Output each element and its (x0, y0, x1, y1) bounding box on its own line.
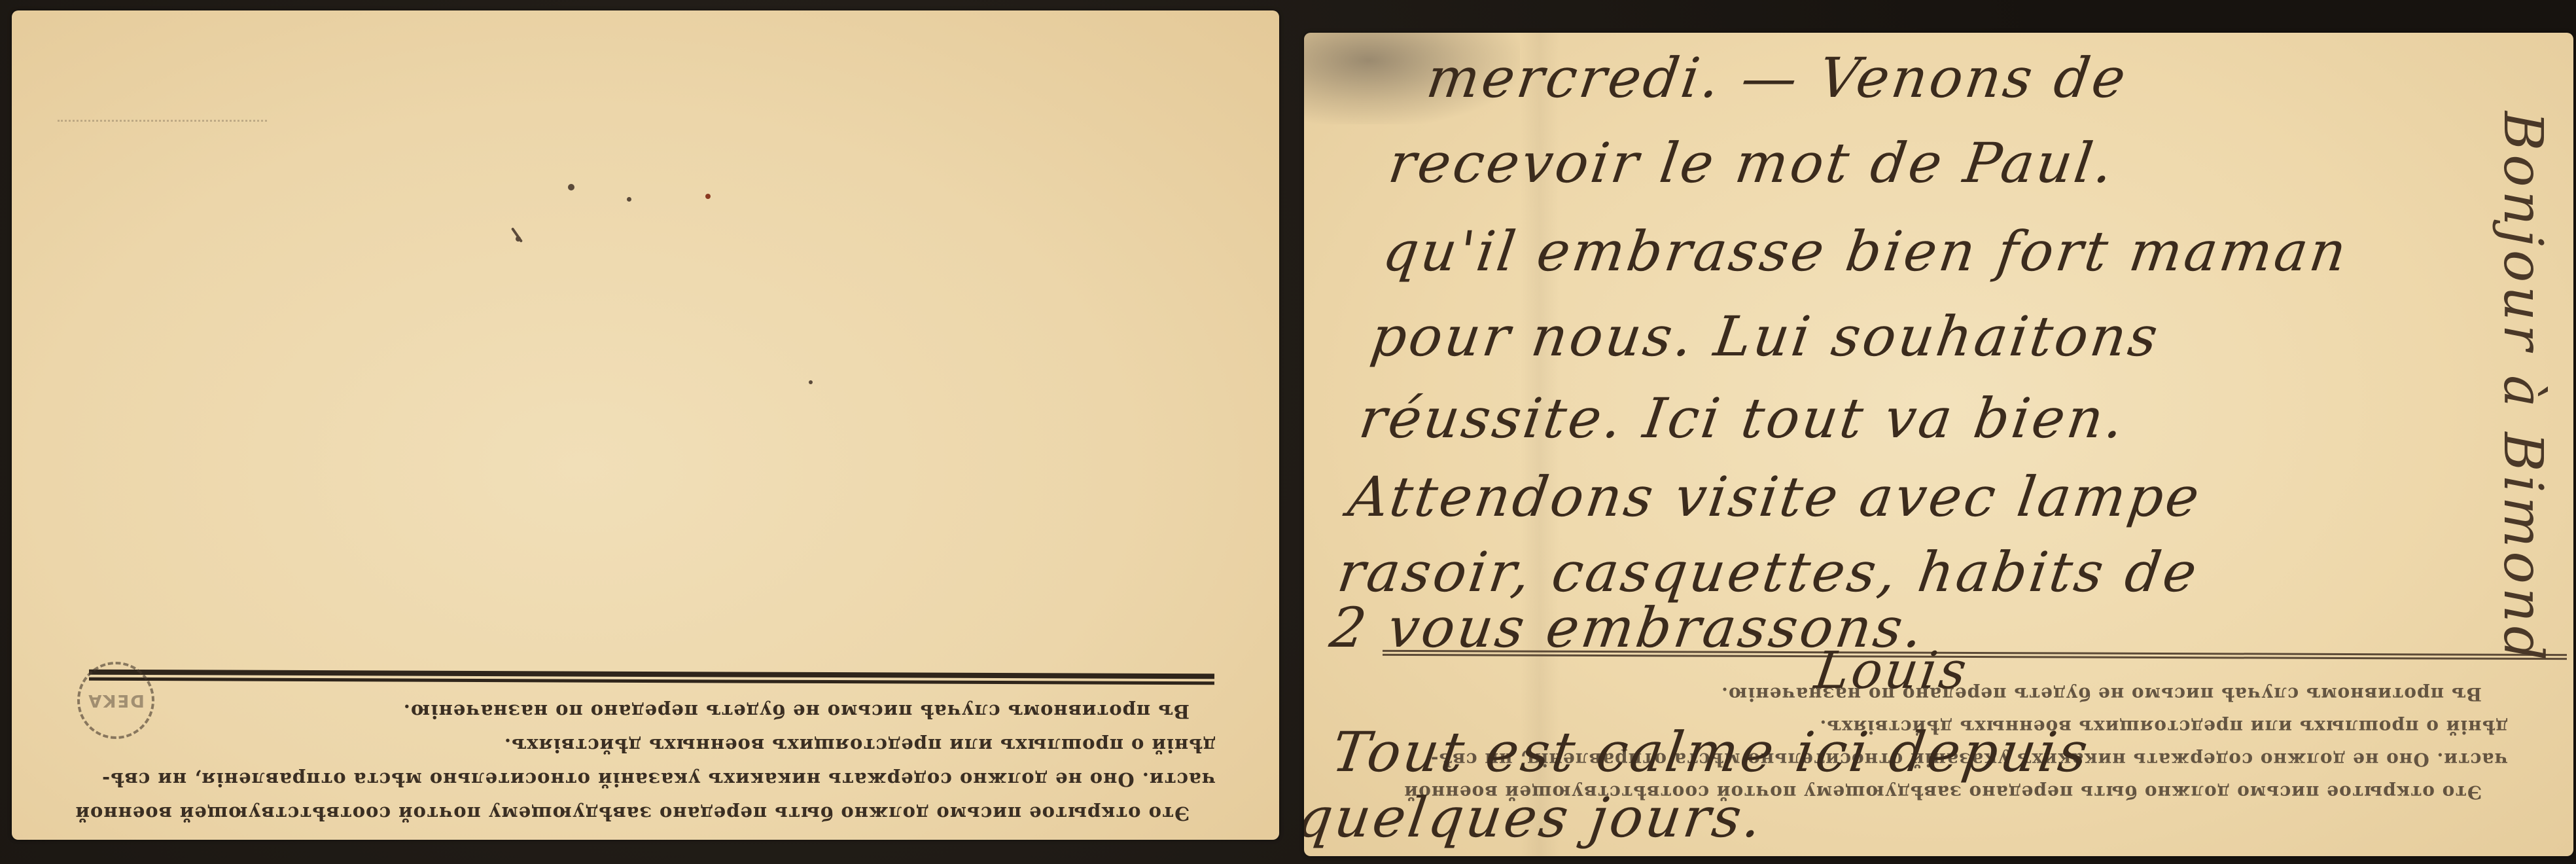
handwriting-line: Attendons visite avec lampe (1345, 465, 2206, 529)
handwriting-line: qu'il embrasse bien fort maman (1379, 219, 2353, 283)
handwriting-line: recevoir le mot de Paul. (1385, 131, 2120, 195)
handwriting-line: pour nous. Lui souhaitons (1367, 304, 2164, 369)
notice-line: Въ противномъ случаѣ письмо не будетъ пе… (90, 694, 1216, 729)
notice-line: части. Оно не должно содержать никакихъ … (90, 763, 1216, 797)
notice-line: дѣній о прошлыхъ или предстоящихъ военны… (90, 729, 1216, 763)
notice-line: Это открытое письмо должно быть передано… (90, 797, 1216, 831)
postcard-back-left: DEKA Это открытое письмо должно быть пер… (12, 10, 1279, 840)
ink-speck (809, 380, 813, 384)
printed-notice-upside-down: Это открытое письмо должно быть передано… (90, 694, 1216, 831)
margin-note-vertical: Bonjour à Bimond (2492, 111, 2554, 664)
handwriting-line: rasoir, casquettes, habits de (1334, 540, 2203, 604)
ink-speck (705, 194, 711, 199)
signature: Louis (1811, 641, 1973, 700)
handwriting-line: mercredi. — Venons de (1423, 46, 2132, 110)
postcard-message-right: Это открытое письмо должно быть передано… (1304, 33, 2573, 856)
handwriting-line: Tout est calme ici depuis (1328, 720, 2094, 784)
handwritten-message: mercredi. — Venons de recevoir le mot de… (1304, 33, 2573, 856)
double-divider-rule (89, 670, 1214, 687)
ink-speck (627, 197, 631, 202)
faint-bleed-mark (58, 96, 267, 122)
handwriting-line: réussite. Ici tout va bien. (1356, 386, 2130, 450)
handwriting-line: quelques jours. (1304, 785, 1768, 850)
ink-speck (568, 184, 574, 190)
